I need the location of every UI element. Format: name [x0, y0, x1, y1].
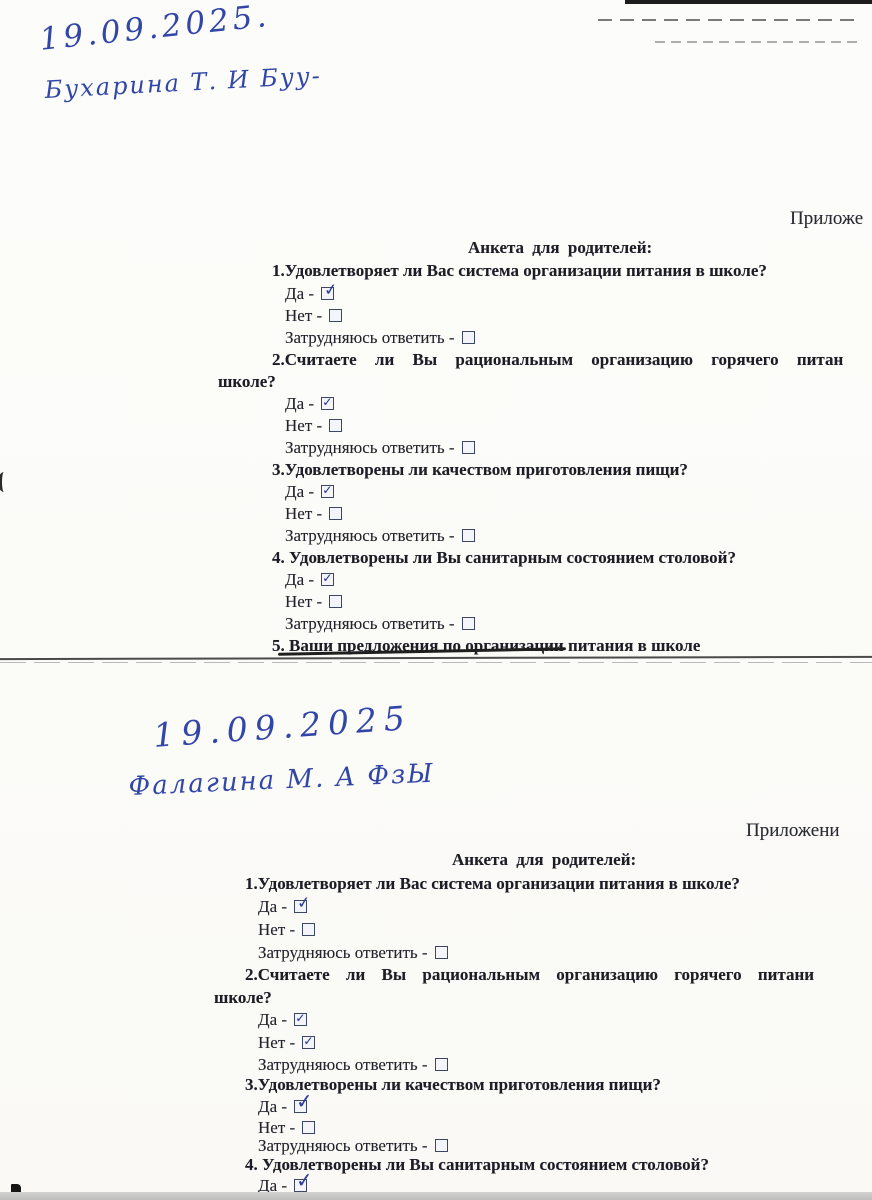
- answer-undecided: Затрудняюсь ответить -: [285, 614, 475, 634]
- answer-undecided: Затрудняюсь ответить -: [285, 526, 475, 546]
- form-title: Анкета для родителей:: [468, 238, 652, 258]
- checkbox-checked-icon: [321, 573, 334, 586]
- question-1: 1.Удовлетворяет ли Вас система организац…: [245, 874, 740, 894]
- checkbox-icon: [302, 1121, 315, 1134]
- question-4: 4. Удовлетворены ли Вы санитарным состоя…: [272, 548, 736, 568]
- scan-artifact-left-mark: [0, 472, 10, 492]
- answer-label: Затрудняюсь ответить -: [285, 438, 455, 457]
- answer-yes: Да -: [258, 1097, 307, 1117]
- answer-undecided: Затрудняюсь ответить -: [285, 328, 475, 348]
- answer-label: Нет -: [285, 504, 322, 523]
- answer-label: Нет -: [258, 1118, 295, 1137]
- answer-no: Нет -: [285, 416, 342, 436]
- answer-yes: Да -: [285, 482, 334, 502]
- question-2-line2: школе?: [214, 988, 272, 1008]
- question-4: 4. Удовлетворены ли Вы санитарным состоя…: [245, 1155, 709, 1175]
- answer-label: Да -: [285, 482, 314, 501]
- sheet-divider-line: [0, 656, 872, 660]
- answer-no: Нет -: [285, 592, 342, 612]
- checkbox-icon: [329, 595, 342, 608]
- answer-no: Нет -: [258, 1118, 315, 1138]
- checkbox-checked-icon: [294, 1100, 307, 1113]
- answer-no: Нет -: [258, 920, 315, 940]
- question-1: 1.Удовлетворяет ли Вас система организац…: [272, 261, 767, 281]
- scanned-document-page: 19.09.2025. Бухарина Т. И Буу- Приложе А…: [0, 0, 872, 1200]
- answer-label: Затрудняюсь ответить -: [258, 943, 428, 962]
- scan-edge-strip: [0, 1192, 872, 1200]
- checkbox-icon: [462, 529, 475, 542]
- answer-undecided: Затрудняюсь ответить -: [285, 438, 475, 458]
- answer-no: Нет -: [285, 504, 342, 524]
- checkbox-checked-icon: [321, 397, 334, 410]
- checkbox-icon: [302, 923, 315, 936]
- checkbox-icon: [462, 331, 475, 344]
- sheet-divider-faint-line: [0, 662, 872, 663]
- checkbox-checked-icon: [321, 287, 334, 300]
- answer-label: Затрудняюсь ответить -: [285, 614, 455, 633]
- answer-label: Нет -: [258, 1033, 295, 1052]
- checkbox-icon: [462, 617, 475, 630]
- answer-undecided: Затрудняюсь ответить -: [258, 943, 448, 963]
- checkbox-checked-icon: [294, 900, 307, 913]
- checkbox-checked-icon: [294, 1179, 307, 1192]
- answer-label: Нет -: [285, 416, 322, 435]
- answer-yes: Да -: [285, 570, 334, 590]
- question-3: 3.Удовлетворены ли качеством приготовлен…: [272, 460, 688, 480]
- checkbox-icon: [329, 309, 342, 322]
- question-2-line1: 2.Считаете ли Вы рациональным организаци…: [272, 350, 843, 370]
- answer-undecided: Затрудняюсь ответить -: [258, 1136, 448, 1156]
- answer-yes: Да -: [258, 897, 307, 917]
- answer-label: Нет -: [285, 306, 322, 325]
- checkbox-icon: [435, 1139, 448, 1152]
- answer-yes: Да -: [258, 1010, 307, 1030]
- form-title: Анкета для родителей:: [452, 850, 636, 870]
- answer-label: Да -: [285, 570, 314, 589]
- answer-no: Нет -: [258, 1033, 315, 1053]
- checkbox-checked-icon: [294, 1013, 307, 1026]
- handwritten-date-2: 19.09.2025: [152, 698, 413, 755]
- scan-artifact-dashed-line: [598, 19, 862, 21]
- answer-label: Да -: [285, 284, 314, 303]
- answer-label: Да -: [285, 394, 314, 413]
- checkbox-icon: [329, 419, 342, 432]
- scan-artifact-top-line: [625, 0, 872, 4]
- answer-label: Затрудняюсь ответить -: [258, 1055, 428, 1074]
- answer-yes: Да -: [285, 284, 334, 304]
- answer-label: Нет -: [285, 592, 322, 611]
- answer-label: Да -: [258, 897, 287, 916]
- scan-artifact-dashed-line: [655, 41, 860, 43]
- checkbox-checked-icon: [321, 485, 334, 498]
- question-2-line1: 2.Считаете ли Вы рациональным организаци…: [245, 965, 814, 985]
- checkbox-icon: [435, 946, 448, 959]
- checkbox-checked-icon: [302, 1036, 315, 1049]
- checkbox-icon: [435, 1058, 448, 1071]
- handwritten-date-1: 19.09.2025.: [38, 0, 272, 58]
- checkbox-icon: [462, 441, 475, 454]
- answer-yes: Да -: [285, 394, 334, 414]
- question-2-line2: школе?: [218, 372, 276, 392]
- answer-undecided: Затрудняюсь ответить -: [258, 1055, 448, 1075]
- answer-no: Нет -: [285, 306, 342, 326]
- answer-label: Затрудняюсь ответить -: [285, 328, 455, 347]
- answer-label: Да -: [258, 1010, 287, 1029]
- appendix-label: Приложени: [746, 820, 840, 842]
- answer-label: Да -: [258, 1097, 287, 1116]
- handwritten-signature-1: Бухарина Т. И Буу-: [44, 61, 322, 103]
- handwritten-signature-2: Фалагина М. А ФзЫ: [128, 759, 435, 802]
- checkbox-icon: [329, 507, 342, 520]
- answer-label: Затрудняюсь ответить -: [285, 526, 455, 545]
- appendix-label: Приложе: [790, 208, 863, 230]
- answer-label: Нет -: [258, 920, 295, 939]
- answer-label: Затрудняюсь ответить -: [258, 1136, 428, 1155]
